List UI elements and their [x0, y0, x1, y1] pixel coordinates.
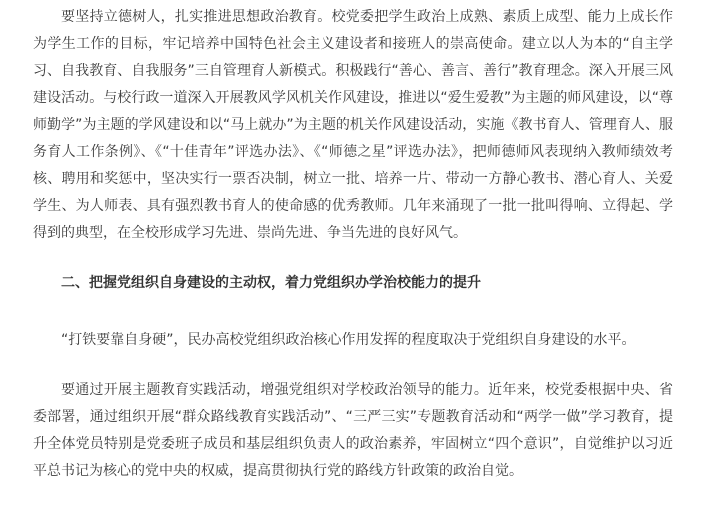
document-page: { "article": { "background_color": "#fff…	[0, 0, 709, 507]
paragraph-iron-quote: “打铁要靠自身硬”，民办高校党组织政治核心作用发挥的程度取决于党组织自身建设的水…	[33, 327, 673, 354]
article-body: 要坚持立德树人，扎实推进思想政治教育。校党委把学生政治上成熟、素质上成型、能力上…	[0, 0, 709, 507]
paragraph-moral-education: 要坚持立德树人，扎实推进思想政治教育。校党委把学生政治上成熟、素质上成型、能力上…	[33, 4, 673, 247]
paragraph-theme-education: 要通过开展主题教育实践活动，增强党组织对学校政治领导的能力。近年来，校党委根据中…	[33, 377, 673, 485]
section-heading-party-self-building: 二、把握党组织自身建设的主动权，着力党组织办学治校能力的提升	[33, 270, 673, 297]
